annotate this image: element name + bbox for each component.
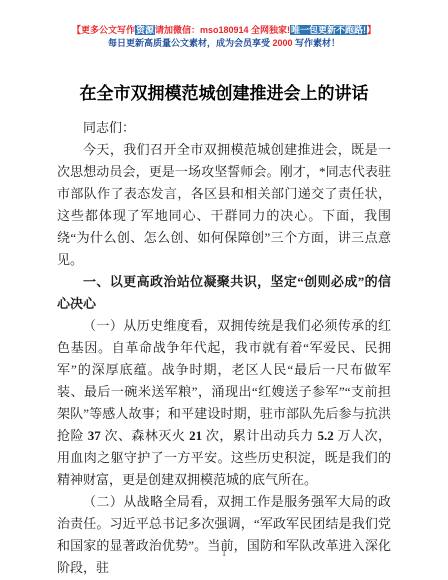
ad-member-count: 2000 [272,38,292,48]
stat-troops-count: 5.2 [318,428,334,443]
paragraph-strategy: （二）从战略全局看，双拥工作是服务强军大局的政治责任。习近平总书记多次强调，“军… [57,491,391,579]
paragraph-history-text: 次、森林灭火 [101,428,189,443]
paragraph-intro: 今天，我们召开全市双拥模范城创建推进会，既是一次思想动员会，更是一场攻坚誓师会。… [57,139,391,271]
ad-line-2: 每日更新高质量公文素材，成为会员享受 2000 写作素材！ [27,37,421,50]
stat-firefight-count: 21 [189,428,202,443]
salutation: 同志们： [57,117,391,139]
page-number: 1 [0,548,448,558]
stat-rescue-count: 37 [88,428,101,443]
section-heading-1: 一、以更高政治站位凝聚共识，坚定“创则必成”的信心决心 [57,271,391,315]
paragraph-history-text: 次，累计出动兵力 [202,428,317,443]
ad-text: 【更多公文写作 [72,25,135,35]
ad-text: 写作素材！ [293,38,341,48]
ad-highlighted-text: 唯一包更新不跑路! [290,25,367,35]
ad-line-1: 【更多公文写作资源请加微信：mso180914 全网独家!唯一包更新不跑路!】 [27,24,421,37]
ad-banner: 【更多公文写作资源请加微信：mso180914 全网独家!唯一包更新不跑路!】 … [27,24,421,50]
paragraph-history-text: （一）从历史维度看，双拥传统是我们必须传承的红色基因。自革命战争年代起，我市就有… [57,318,391,443]
ad-text: 请加微信：mso180914 全网独家! [155,25,290,35]
ad-text: 】 [367,25,376,35]
document-page: 【更多公文写作资源请加微信：mso180914 全网独家!唯一包更新不跑路!】 … [0,0,448,580]
document-title: 在全市双拥模范城创建推进会上的讲话 [57,83,391,105]
ad-text: 每日更新高质量公文素材，成为会员享受 [108,38,273,48]
ad-highlighted-text: 资源 [135,25,155,35]
paragraph-history: （一）从历史维度看，双拥传统是我们必须传承的红色基因。自革命战争年代起，我市就有… [57,315,391,491]
